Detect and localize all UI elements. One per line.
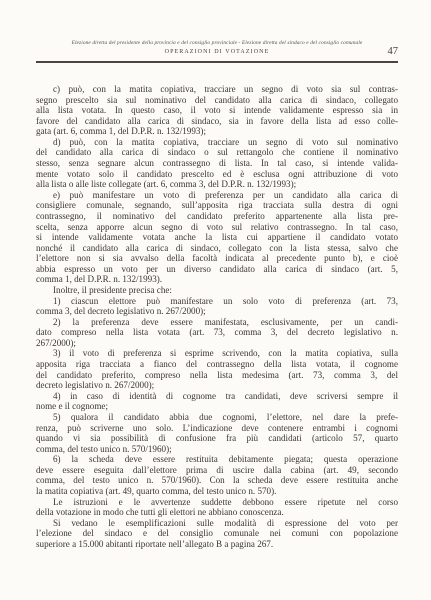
- text-line: dato compreso nella lista votata (art. 7…: [36, 327, 398, 338]
- text-line: e) può manifestare un voto di preferenza…: [36, 190, 398, 201]
- paragraph: 4) in caso di identità di cognome tra ca…: [36, 391, 398, 412]
- paragraph: Si vedano le esemplificazioni sulle moda…: [36, 518, 398, 550]
- paragraph: 3) il voto di preferenza si esprime scri…: [36, 348, 398, 390]
- text-line: favore del candidato alla carica di sind…: [36, 116, 398, 127]
- text-line: della votazione in modo che tutti gli el…: [36, 507, 398, 518]
- text-line: renza, può scriverne uno solo. L’indicaz…: [36, 423, 398, 434]
- text-line: contrassegno, il nominativo del candidat…: [36, 211, 398, 222]
- text-line: comma, del testo unico n. 570/1960). Con…: [36, 475, 398, 486]
- text-line: superiore a 15.000 abitanti riportate ne…: [36, 539, 398, 550]
- text-line: scelta, senza apporre alcun segno di vot…: [36, 222, 398, 233]
- text-line: comma, del testo unico n. 570/1960);: [36, 444, 398, 455]
- text-line: gata (art. 6, comma 1, del D.P.R. n. 132…: [36, 126, 398, 137]
- text-line: l’elezione del sindaco e del consiglio c…: [36, 528, 398, 539]
- text-line: si intende validamente votata anche la l…: [36, 232, 398, 243]
- text-line: consigliere comunale, segnando, sull’app…: [36, 200, 398, 211]
- text-line: 1) ciascun elettore può manifestare un s…: [36, 296, 398, 307]
- text-line: 5) qualora il candidato abbia due cognom…: [36, 412, 398, 423]
- text-line: 4) in caso di identità di cognome tra ca…: [36, 391, 398, 402]
- paragraph: 1) ciascun elettore può manifestare un s…: [36, 296, 398, 317]
- text-line: c) può, con la matita copiativa, traccia…: [36, 84, 398, 95]
- text-line: quando vi sia possibilità di confusione …: [36, 433, 398, 444]
- text-line: Inoltre, il presidente precisa che:: [36, 285, 398, 296]
- text-line: segno prescelto sia sul nominativo del c…: [36, 95, 398, 106]
- paragraph: c) può, con la matita copiativa, traccia…: [36, 84, 398, 137]
- text-line: Si vedano le esemplificazioni sulle moda…: [36, 518, 398, 529]
- text-line: abbia espresso un voto per un diverso ca…: [36, 264, 398, 275]
- text-line: stesso, senza segnare alcun contrassegno…: [36, 158, 398, 169]
- text-line: 3) il voto di preferenza si esprime scri…: [36, 348, 398, 359]
- page-number: 47: [36, 46, 398, 57]
- text-line: nome e il cognome;: [36, 401, 398, 412]
- text-line: 267/2000);: [36, 338, 398, 349]
- paragraph: 5) qualora il candidato abbia due cognom…: [36, 412, 398, 454]
- page-body: c) può, con la matita copiativa, traccia…: [36, 84, 398, 549]
- paragraph: Inoltre, il presidente precisa che:: [36, 285, 398, 296]
- paragraph: Le istruzioni e le avvertenze suddette d…: [36, 497, 398, 518]
- text-line: 2) la preferenza deve essere manifestata…: [36, 317, 398, 328]
- text-line: l’elettore non si sia avvalso della faco…: [36, 253, 398, 264]
- paragraph: d) può, con la matita copiativa, traccia…: [36, 137, 398, 190]
- text-line: 6) la scheda deve essere restituita debi…: [36, 454, 398, 465]
- text-line: comma 1, del D.P.R. n. 132/1993).: [36, 274, 398, 285]
- text-line: alla lista votata. In questo caso, il vo…: [36, 105, 398, 116]
- text-line: deve essere eseguita dall’elettore prima…: [36, 465, 398, 476]
- text-line: Le istruzioni e le avvertenze suddette d…: [36, 497, 398, 508]
- header-rule: [36, 61, 398, 63]
- text-line: la matita copiativa (art. 49, quarto com…: [36, 486, 398, 497]
- page: Elezione diretta del presidente della pr…: [0, 0, 431, 600]
- text-line: decreto legislativo n. 267/2000);: [36, 380, 398, 391]
- text-line: comma 3, del decreto legislativo n. 267/…: [36, 306, 398, 317]
- text-line: del candidato alla carica di sindaco o s…: [36, 147, 398, 158]
- text-line: nonché il candidato alla carica di sinda…: [36, 243, 398, 254]
- text-line: alla lista o alle liste collegate (art. …: [36, 179, 398, 190]
- paragraph: 2) la preferenza deve essere manifestata…: [36, 317, 398, 349]
- text-line: del candidato preferito, compreso nella …: [36, 370, 398, 381]
- text-line: apposita riga tracciata a fianco del con…: [36, 359, 398, 370]
- paragraph: e) può manifestare un voto di preferenza…: [36, 190, 398, 285]
- paragraph: 6) la scheda deve essere restituita debi…: [36, 454, 398, 496]
- text-line: mente votato solo il candidato prescelto…: [36, 169, 398, 180]
- text-line: d) può, con la matita copiativa, traccia…: [36, 137, 398, 148]
